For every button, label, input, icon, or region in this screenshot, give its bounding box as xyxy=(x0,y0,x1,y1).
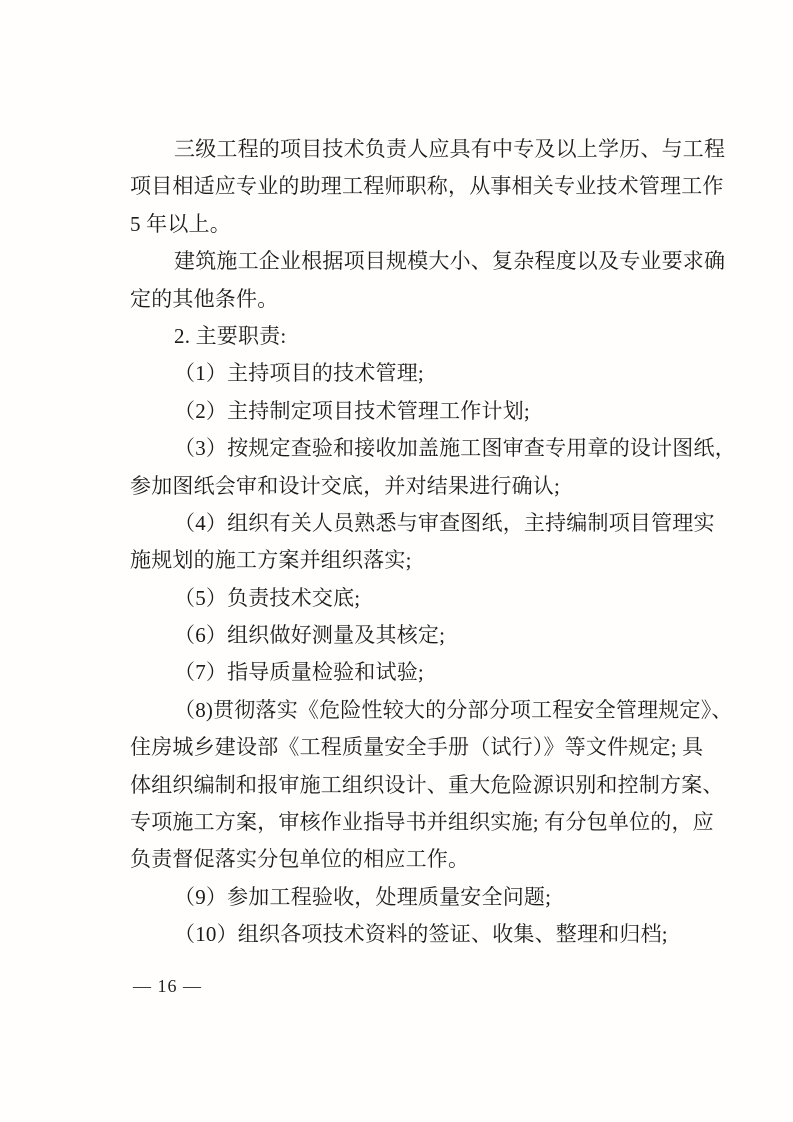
text-line: 三级工程的项目技术负责人应具有中专及以上学历、与工程 xyxy=(130,131,722,168)
text-line: （9）参加工程验收，处理质量安全问题; xyxy=(130,879,722,916)
text-line: 5 年以上。 xyxy=(130,206,722,243)
text-line: 定的其他条件。 xyxy=(130,281,722,318)
document-page: 三级工程的项目技术负责人应具有中专及以上学历、与工程项目相适应专业的助理工程师职… xyxy=(0,0,793,1122)
text-line: （3）按规定查验和接收加盖施工图审查专用章的设计图纸， xyxy=(130,430,722,467)
text-line: 住房城乡建设部《工程质量安全手册（试行）》等文件规定; 具 xyxy=(130,729,722,766)
text-line: 负责督促落实分包单位的相应工作。 xyxy=(130,841,722,878)
document-body-text: 三级工程的项目技术负责人应具有中专及以上学历、与工程项目相适应专业的助理工程师职… xyxy=(130,131,722,954)
text-line: （4）组织有关人员熟悉与审查图纸，主持编制项目管理实 xyxy=(130,505,722,542)
text-line: （1）主持项目的技术管理; xyxy=(130,355,722,392)
text-line: （6）组织做好测量及其核定; xyxy=(130,617,722,654)
text-line: 施规划的施工方案并组织落实; xyxy=(130,542,722,579)
text-line: 体组织编制和报审施工组织设计、重大危险源识别和控制方案、 xyxy=(130,767,722,804)
page-number: — 16 — xyxy=(133,976,202,997)
text-line: 参加图纸会审和设计交底，并对结果进行确认; xyxy=(130,468,722,505)
text-line: （10）组织各项技术资料的签证、收集、整理和归档; xyxy=(130,916,722,953)
text-line: 项目相适应专业的助理工程师职称，从事相关专业技术管理工作 xyxy=(130,168,722,205)
text-line: 2. 主要职责: xyxy=(130,318,722,355)
text-line: （5）负责技术交底; xyxy=(130,580,722,617)
text-line: 专项施工方案，审核作业指导书并组织实施; 有分包单位的，应 xyxy=(130,804,722,841)
text-line: （8)贯彻落实《危险性较大的分部分项工程安全管理规定》、 xyxy=(130,692,722,729)
text-line: 建筑施工企业根据项目规模大小、复杂程度以及专业要求确 xyxy=(130,243,722,280)
text-line: （2）主持制定项目技术管理工作计划; xyxy=(130,393,722,430)
text-line: （7）指导质量检验和试验; xyxy=(130,654,722,691)
